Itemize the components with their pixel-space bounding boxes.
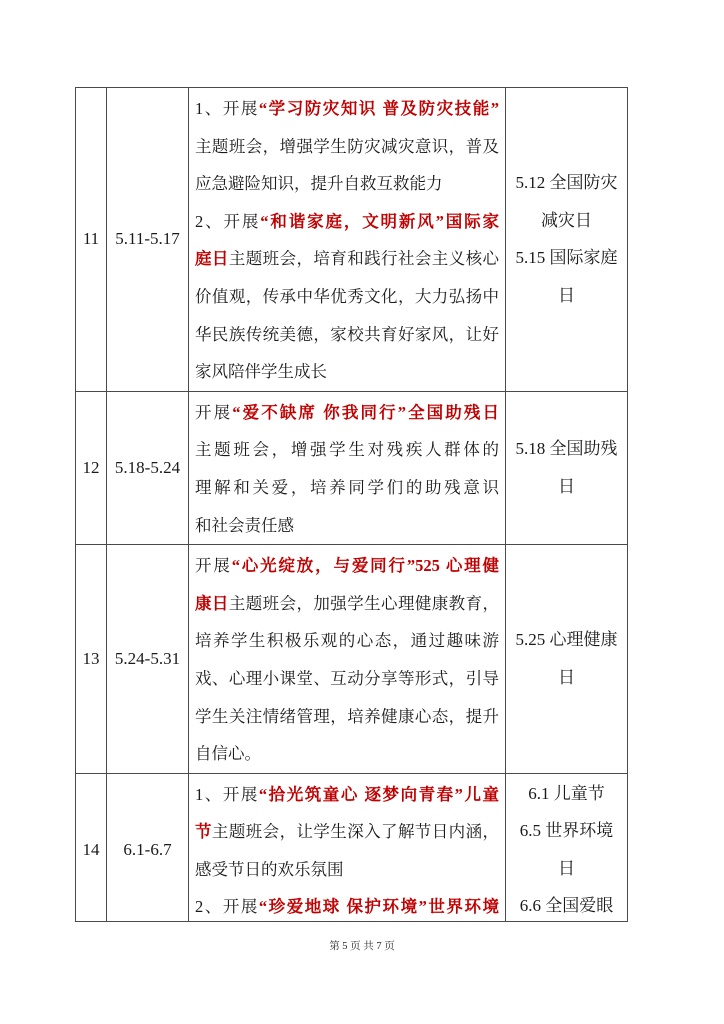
activities-cell: 1、开展“拾光筑童心 逐梦向青春”儿童节主题班会，让学生深入了解节日内涵，感受节… (189, 774, 506, 922)
highlighted-activity-title: 庭日 (195, 249, 229, 268)
activity-text-line: 康日主题班会，加强学生心理健康教育， (195, 585, 499, 623)
activity-text: 家风陪伴学生成长 (195, 362, 327, 381)
observance-days-cell: 6.1 儿童节6.5 世界环境日6.6 全国爱眼 (506, 774, 627, 922)
activity-text: 2、开展 (195, 897, 259, 916)
activity-text-line: 家风陪伴学生成长 (195, 353, 499, 391)
activity-text: 感受节日的欢乐氛围 (195, 860, 344, 879)
row-number-cell: 11 (76, 88, 107, 391)
activity-text-line: 2、开展“珍爱地球 保护环境”世界环境 (195, 888, 499, 922)
activity-text: 开展 (195, 403, 232, 422)
row-number-cell: 14 (76, 774, 107, 922)
activity-text-line: 学生关注情绪管理，培养健康心态，提升 (195, 698, 499, 736)
activity-text-line: 主题班会，增强学生防灾减灾意识，普及 (195, 128, 499, 166)
activity-text: 1、开展 (195, 785, 259, 804)
page-footer: 第 5 页 共 7 页 (0, 940, 724, 954)
activity-text: 培养学生积极乐观的心态，通过趣味游 (195, 631, 499, 650)
table-row: 115.11-5.171、开展“学习防灾知识 普及防灾技能”主题班会，增强学生防… (76, 88, 627, 392)
observance-days-cell: 5.18 全国助残日 (506, 392, 627, 544)
highlighted-activity-title: “爱不缺席 你我同行”全国助残日 (232, 403, 499, 422)
highlighted-activity-title: “珍爱地球 保护环境”世界环境 (259, 897, 499, 916)
observance-day: 6.6 全国爱眼 (513, 887, 620, 922)
activity-text-line: 1、开展“拾光筑童心 逐梦向青春”儿童 (195, 776, 499, 814)
date-range-cell: 6.1-6.7 (107, 774, 189, 922)
activity-text-line: 自信心。 (195, 735, 499, 773)
observance-days-cell: 5.12 全国防灾减灾日5.15 国际家庭日 (506, 88, 627, 391)
activity-text: 主题班会，增强学生防灾减灾意识，普及 (195, 137, 499, 156)
activity-text: 和社会责任感 (195, 516, 294, 535)
row-number-cell: 13 (76, 545, 107, 773)
highlighted-activity-title: “和谐家庭，文明新风”国际家 (260, 212, 499, 231)
date-range-cell: 5.24-5.31 (107, 545, 189, 773)
activity-text: 价值观，传承中华优秀文化，大力弘扬中 (195, 287, 499, 306)
activities-cell: 开展“爱不缺席 你我同行”全国助残日主题班会，增强学生对残疾人群体的理解和关爱，… (189, 392, 506, 544)
observance-day: 6.5 世界环境日 (513, 812, 620, 887)
activity-text-line: 2、开展“和谐家庭，文明新风”国际家 (195, 203, 499, 241)
activity-text-line: 华民族传统美德，家校共育好家风，让好 (195, 316, 499, 354)
activity-text-line: 感受节日的欢乐氛围 (195, 851, 499, 889)
document-page: 115.11-5.171、开展“学习防灾知识 普及防灾技能”主题班会，增强学生防… (0, 0, 724, 1024)
activity-text: 学生关注情绪管理，培养健康心态，提升 (195, 707, 499, 726)
activity-text: 自信心。 (195, 744, 261, 763)
highlighted-activity-title: “心光绽放，与爱同行”525 心理健 (232, 556, 499, 575)
highlighted-activity-title: 节 (195, 822, 212, 841)
activity-text-line: 庭日主题班会，培育和践行社会主义核心 (195, 240, 499, 278)
activities-cell: 开展“心光绽放，与爱同行”525 心理健康日主题班会，加强学生心理健康教育，培养… (189, 545, 506, 773)
activity-text: 戏、心理小课堂、互动分享等形式，引导 (195, 669, 499, 688)
activity-text: 主题班会，加强学生心理健康教育， (229, 594, 499, 613)
activity-text-line: 戏、心理小课堂、互动分享等形式，引导 (195, 660, 499, 698)
activity-text-line: 节主题班会，让学生深入了解节日内涵， (195, 813, 499, 851)
activity-text: 主题班会，增强学生对残疾人群体的 (195, 440, 499, 459)
activity-text: 主题班会，培育和践行社会主义核心 (229, 249, 499, 268)
activity-text-line: 价值观，传承中华优秀文化，大力弘扬中 (195, 278, 499, 316)
activity-text: 1、开展 (195, 99, 259, 118)
activity-text-line: 培养学生积极乐观的心态，通过趣味游 (195, 622, 499, 660)
activity-text: 2、开展 (195, 212, 260, 231)
observance-day: 5.12 全国防灾减灾日 (513, 164, 620, 239)
activity-text: 主题班会，让学生深入了解节日内涵， (212, 822, 499, 841)
activities-cell: 1、开展“学习防灾知识 普及防灾技能”主题班会，增强学生防灾减灾意识，普及应急避… (189, 88, 506, 391)
observance-day: 5.15 国际家庭日 (513, 239, 620, 314)
activity-text-line: 和社会责任感 (195, 507, 499, 545)
observance-day: 6.1 儿童节 (513, 775, 620, 813)
observance-days-cell: 5.25 心理健康日 (506, 545, 627, 773)
highlighted-activity-title: “学习防灾知识 普及防灾技能” (259, 99, 499, 118)
row-number-cell: 12 (76, 392, 107, 544)
activity-text-line: 应急避险知识，提升自救互救能力 (195, 165, 499, 203)
table-row: 146.1-6.71、开展“拾光筑童心 逐梦向青春”儿童节主题班会，让学生深入了… (76, 774, 627, 922)
activity-text-line: 开展“心光绽放，与爱同行”525 心理健 (195, 547, 499, 585)
activity-text-line: 理解和关爱，培养同学们的助残意识 (195, 469, 499, 507)
activity-text-line: 1、开展“学习防灾知识 普及防灾技能” (195, 90, 499, 128)
activity-text-line: 主题班会，增强学生对残疾人群体的 (195, 431, 499, 469)
highlighted-activity-title: 康日 (195, 594, 229, 613)
highlighted-activity-title: “拾光筑童心 逐梦向青春”儿童 (259, 785, 499, 804)
activity-text: 理解和关爱，培养同学们的助残意识 (195, 478, 499, 497)
observance-day: 5.18 全国助残日 (513, 430, 620, 505)
date-range-cell: 5.18-5.24 (107, 392, 189, 544)
schedule-table: 115.11-5.171、开展“学习防灾知识 普及防灾技能”主题班会，增强学生防… (75, 87, 628, 922)
activity-text: 开展 (195, 556, 232, 575)
observance-day: 5.25 心理健康日 (513, 621, 620, 696)
date-range-cell: 5.11-5.17 (107, 88, 189, 391)
activity-text: 华民族传统美德，家校共育好家风，让好 (195, 325, 499, 344)
table-row: 125.18-5.24开展“爱不缺席 你我同行”全国助残日主题班会，增强学生对残… (76, 392, 627, 545)
activity-text: 应急避险知识，提升自救互救能力 (195, 174, 443, 193)
activity-text-line: 开展“爱不缺席 你我同行”全国助残日 (195, 394, 499, 432)
table-row: 135.24-5.31开展“心光绽放，与爱同行”525 心理健康日主题班会，加强… (76, 545, 627, 774)
